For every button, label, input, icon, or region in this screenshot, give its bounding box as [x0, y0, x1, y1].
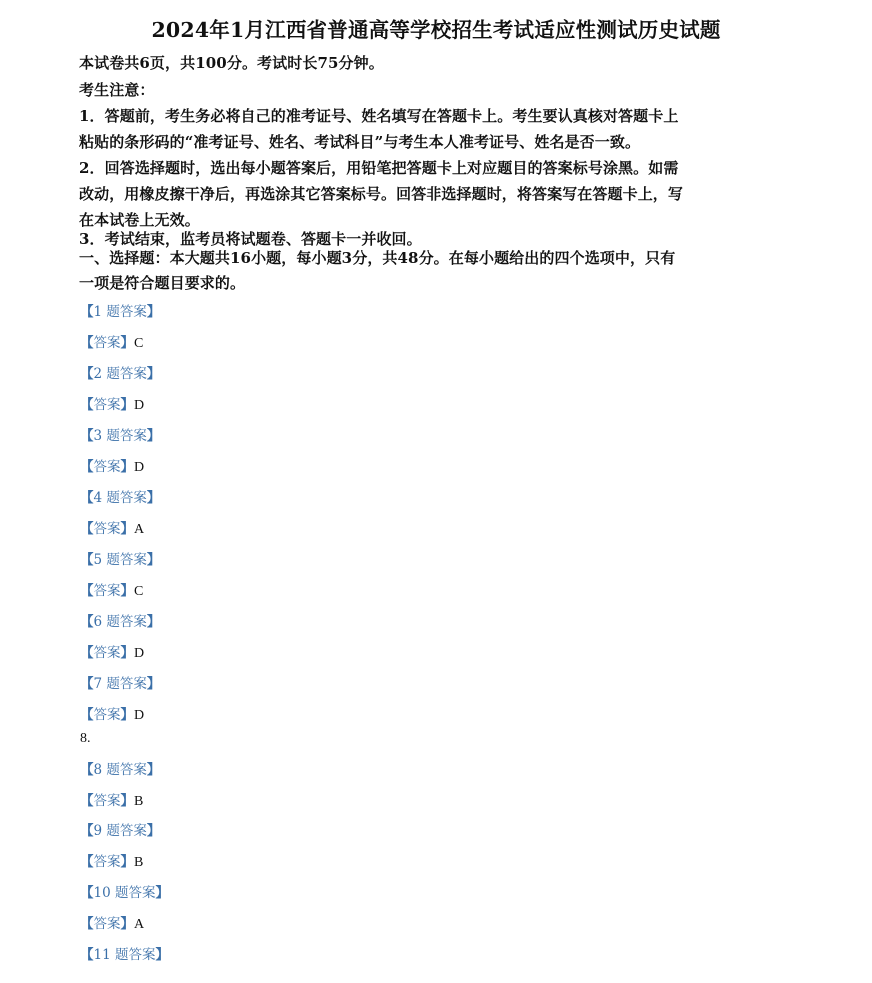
intro-line-3: 3．考试结束，监考员将试题卷、答题卡一并收回。	[79, 228, 422, 249]
question-header-4: 【4 题答案】	[80, 486, 160, 506]
question-header-10: 【10 题答案】	[80, 881, 169, 901]
document-title: 2024年1月江西省普通高等学校招生考试适应性测试历史试题	[0, 13, 872, 43]
answer-8: 【答案】B	[80, 789, 143, 810]
question-8-marker: 8.	[80, 731, 91, 747]
question-header-9: 【9 题答案】	[80, 819, 160, 839]
question-header-8: 【8 题答案】	[80, 758, 160, 778]
answer-10: 【答案】A	[80, 912, 144, 933]
question-header-2: 【2 题答案】	[80, 362, 160, 382]
question-header-3: 【3 题答案】	[80, 424, 160, 444]
question-header-5: 【5 题答案】	[80, 548, 160, 568]
answer-1: 【答案】C	[80, 331, 143, 352]
section-heading-b: 一项是符合题目要求的。	[79, 272, 245, 293]
intro-line-2b: 改动，用橡皮擦干净后，再选涂其它答案标号。回答非选择题时，将答案写在答题卡上，写	[79, 183, 683, 204]
answer-3: 【答案】D	[80, 455, 144, 476]
answer-7: 【答案】D	[80, 703, 144, 724]
intro-line-exam-info: 本试卷共6页，共100分。考试时长75分钟。	[79, 52, 384, 73]
intro-line-1b: 粘贴的条形码的“准考证号、姓名、考试科目”与考生本人准考证号、姓名是否一致。	[79, 131, 640, 152]
question-header-1: 【1 题答案】	[80, 300, 160, 320]
answer-2: 【答案】D	[80, 393, 144, 414]
answer-9: 【答案】B	[80, 850, 143, 871]
intro-line-2a: 2．回答选择题时，选出每小题答案后，用铅笔把答题卡上对应题目的答案标号涂黑。如需	[79, 157, 678, 178]
question-header-11: 【11 题答案】	[80, 943, 169, 963]
intro-line-2c: 在本试卷上无效。	[79, 209, 200, 230]
answer-6: 【答案】D	[80, 641, 144, 662]
section-heading-a: 一、选择题：本大题共16小题，每小题3分，共48分。在每小题给出的四个选项中，只…	[79, 247, 675, 268]
intro-line-1a: 1．答题前，考生务必将自己的准考证号、姓名填写在答题卡上。考生要认真核对答题卡上	[79, 105, 678, 126]
answer-4: 【答案】A	[80, 517, 144, 538]
question-header-7: 【7 题答案】	[80, 672, 160, 692]
question-header-6: 【6 题答案】	[80, 610, 160, 630]
answer-5: 【答案】C	[80, 579, 143, 600]
intro-line-notice-heading: 考生注意：	[79, 79, 155, 100]
